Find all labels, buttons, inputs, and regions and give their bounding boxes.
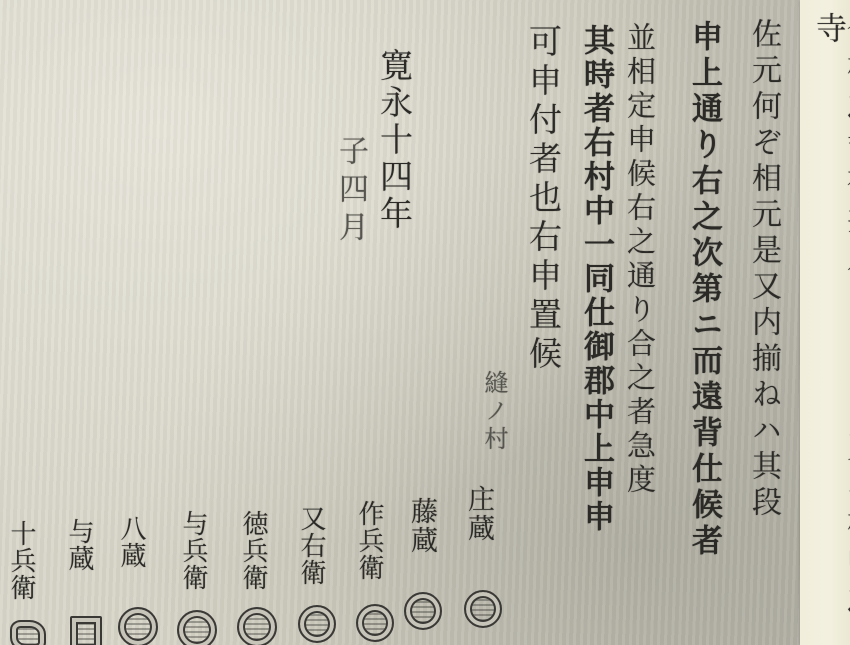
signatory-name: 八蔵	[118, 515, 144, 569]
body-text-column-2: 申上通り右之次第ニ而遠背仕候者	[688, 20, 719, 560]
seal-stamp	[356, 604, 394, 642]
signatory-name: 与兵衛	[180, 510, 206, 591]
signatory-name: 十兵衛	[8, 520, 34, 601]
date-era-line: 寛永十四年	[378, 48, 411, 233]
seal-stamp	[118, 607, 158, 645]
signatory-name: 作兵衛	[356, 500, 382, 581]
strip-text-column: 今村之寺社共入そうろう又ハ村中之寺	[812, 12, 850, 645]
seal-stamp	[464, 590, 502, 628]
body-text-column-5: 可申付者也右申置候	[527, 24, 560, 375]
seal-stamp	[10, 620, 46, 645]
body-text-column-3: 並相定申候右之通り合之者急度	[625, 22, 654, 498]
body-text-column-1: 佐元何ぞ相元是又内揃ねハ其段	[748, 18, 778, 522]
seal-stamp	[237, 607, 277, 645]
village-label: 縫ノ村	[482, 370, 506, 454]
seal-stamp	[177, 610, 217, 645]
seal-stamp	[298, 605, 336, 643]
seal-stamp	[404, 592, 442, 630]
signatory-name: 徳兵衛	[240, 510, 266, 591]
signatory-name: 与蔵	[66, 518, 92, 572]
date-month-line: 子四月	[335, 135, 365, 249]
body-text-column-4: 其時者右村中一同仕御郡中上申申	[580, 24, 611, 534]
signatory-name: 庄蔵	[465, 485, 492, 543]
signatory-name: 又右衛	[298, 505, 324, 586]
signatory-name: 藤蔵	[408, 497, 435, 555]
seal-stamp	[70, 616, 102, 645]
